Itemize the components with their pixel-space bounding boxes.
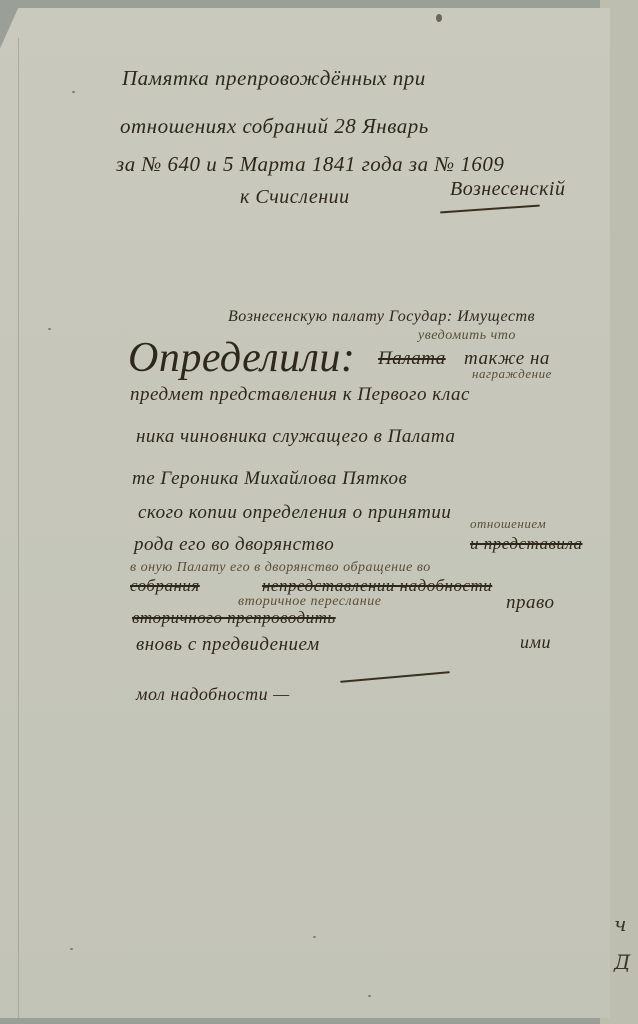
interlinear-insert: награждение: [472, 366, 552, 382]
body-line-10-end: ими: [520, 632, 551, 653]
header-line-2: отношениях собраний 28 Январь: [120, 114, 429, 139]
margin-fragment: ч: [614, 912, 626, 936]
paper-speck: [48, 328, 51, 330]
interlinear-insert: отношением: [470, 516, 546, 532]
fold-line: [18, 38, 19, 1024]
paper-speck: [72, 91, 75, 93]
heading-opredelili: Определили:: [128, 334, 355, 382]
body-line-9: право: [506, 592, 555, 614]
manuscript-sheet: Памятка препровождённых при отношениях с…: [0, 8, 610, 1018]
struck-phrase: непредставлении надобности: [262, 576, 492, 596]
struck-word: собрания: [130, 576, 200, 596]
signature: Вознесенскій: [450, 178, 566, 201]
body-line-7: в оную Палату его в дворянство обращение…: [130, 560, 431, 576]
header-line-1: Памятка препровождённых при: [122, 66, 426, 91]
header-line-3: за № 640 и 5 Марта 1841 года за № 1609: [116, 152, 504, 177]
closing-rule: [340, 671, 450, 683]
document-scan: ч Д Памятка препровождённых при отношени…: [0, 0, 638, 1024]
header-line-4: к Счислении: [240, 186, 350, 209]
body-top-line: Вознесенскую палату Государ: Имуществ: [228, 308, 535, 326]
struck-word: Палата: [378, 348, 446, 370]
body-line-4: те Героника Михайлова Пятков: [132, 468, 407, 490]
paper-speck: [368, 995, 371, 997]
body-line-2: предмет представления к Первого клас: [130, 384, 470, 406]
body-line-11: мол надобности —: [136, 684, 290, 705]
body-line-3: ника чиновника служащего в Палата: [136, 426, 455, 448]
signature-flourish: [440, 205, 540, 214]
struck-phrase: вторичного препроводить: [132, 608, 336, 628]
body-line-6: рода его во дворянство: [134, 534, 334, 556]
ink-blot: [436, 14, 442, 22]
paper-speck: [70, 948, 73, 950]
body-line-10: вновь с предвидением: [136, 634, 320, 656]
paper-speck: [313, 936, 316, 938]
interlinear-insert: уведомить что: [418, 328, 516, 344]
struck-phrase: и представила: [470, 534, 583, 554]
body-line-5: ского копии определения о принятии: [138, 502, 451, 524]
margin-fragment: Д: [614, 950, 630, 974]
